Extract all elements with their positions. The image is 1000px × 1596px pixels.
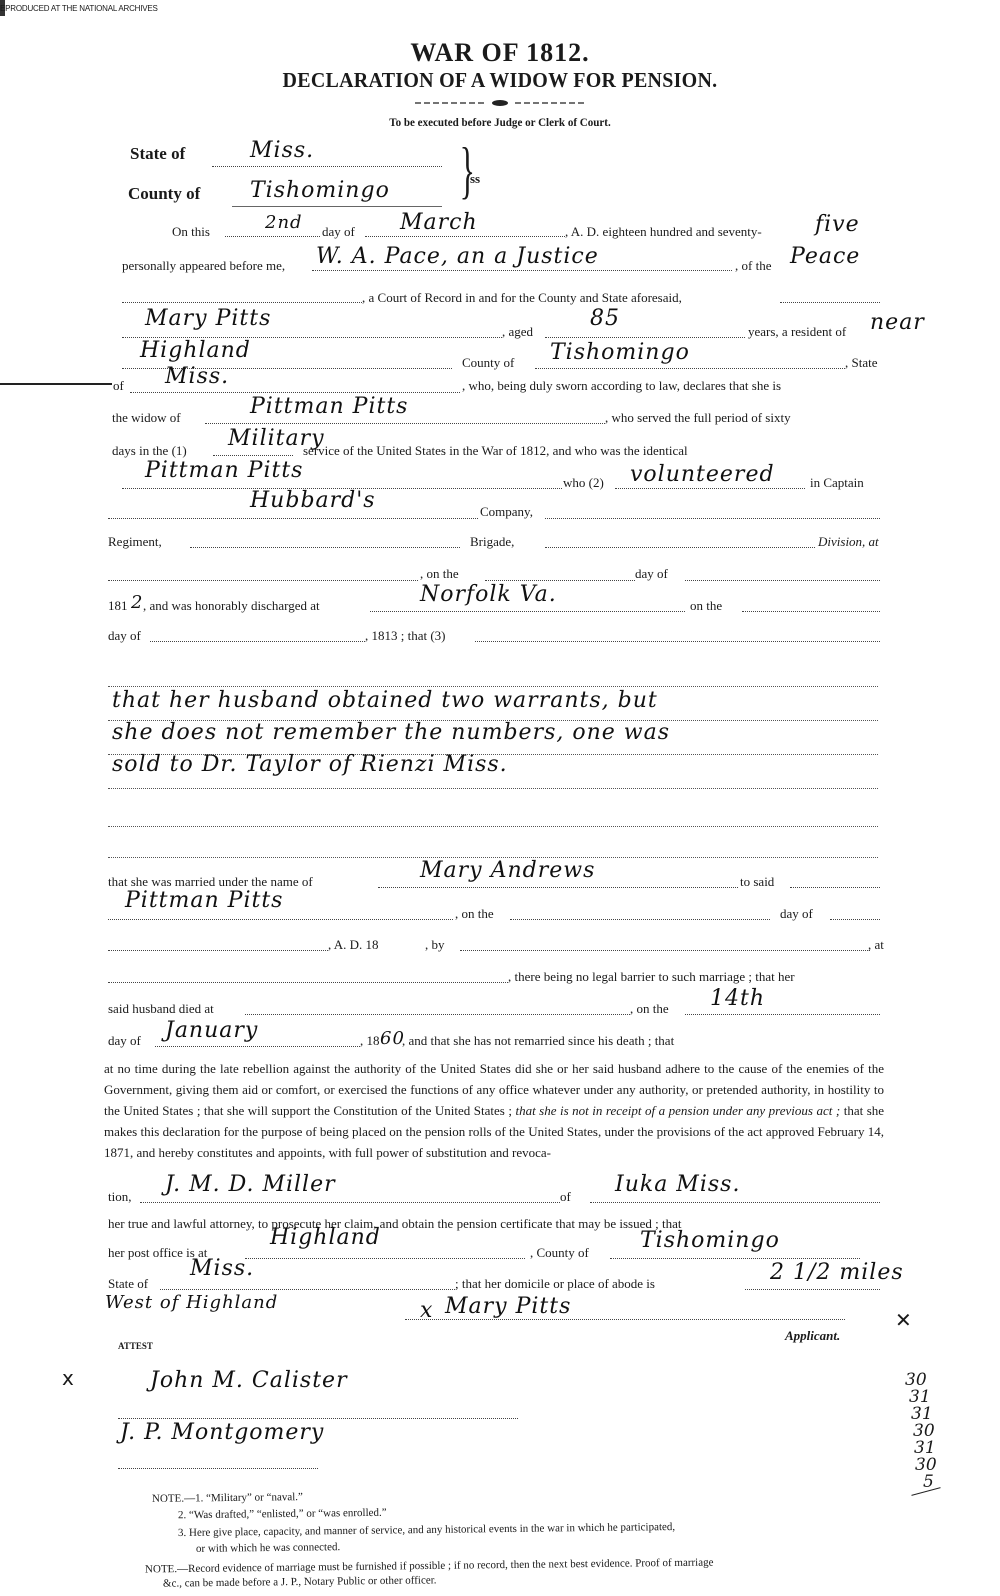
abode-continuation-value: West of Highland	[105, 1292, 278, 1313]
spouse-name-value: Pittman Pitts	[125, 888, 283, 913]
abode-text: ; that her domicile or place of abode is	[455, 1276, 655, 1292]
attest-label: ATTEST	[118, 1341, 153, 1351]
archive-stamp: EPRODUCED AT THE NATIONAL ARCHIVES	[0, 4, 158, 13]
day-of-label-2: day of	[635, 566, 668, 582]
witness-1-signature: John M. Calister	[150, 1368, 348, 1393]
applicant-name-value: Mary Pitts	[145, 306, 271, 331]
maiden-name-value: Mary Andrews	[420, 858, 595, 883]
pension-receipt-clause: that she is not in receipt of a pension …	[515, 1103, 840, 1118]
attorney-text: her true and lawful attorney, to prosecu…	[108, 1216, 681, 1232]
service-detail-line-3: sold to Dr. Taylor of Rienzi Miss.	[112, 752, 508, 777]
abode-value: 2 1/2 miles	[770, 1260, 904, 1285]
note-3: 3. Here give place, capacity, and manner…	[178, 1521, 675, 1539]
month-value: March	[400, 210, 478, 235]
note-1: NOTE.—1. “Military” or “naval.”	[152, 1491, 303, 1505]
witness-2-signature: J. P. Montgomery	[120, 1420, 324, 1445]
barrier-text: , there being no legal barrier to such m…	[508, 969, 795, 985]
husband-name-value: Pittman Pitts	[250, 394, 408, 419]
note-3-continued: or with which he was connected.	[196, 1541, 340, 1555]
captain-value: Hubbard's	[250, 488, 376, 513]
discharge-text: , and was honorably discharged at	[143, 598, 320, 614]
death-day-value: 14th	[710, 986, 765, 1011]
ad-text: , A. D. eighteen hundred and seventy-	[565, 224, 762, 240]
division-label: Division, at	[818, 534, 879, 550]
ss-label: ss	[470, 171, 480, 187]
note-marriage-evidence-continued: &c., can be made before a J. P., Notary …	[163, 1574, 437, 1589]
served-text: , who served the full period of sixty	[605, 410, 791, 426]
death-year-prefix: , 18	[360, 1033, 380, 1049]
court-record-text: , a Court of Record in and for the Count…	[362, 290, 682, 306]
day-value: 2nd	[265, 212, 303, 233]
applicant-mark: x	[420, 1298, 433, 1323]
year-1813-text: , 1813 ; that (3)	[365, 628, 446, 644]
margin-tally: 30 31 31 30 31 30 5	[905, 1372, 941, 1492]
tion-label: tion,	[108, 1189, 131, 1205]
year-digit-value: 2	[131, 592, 143, 613]
service-detail-line-1: that her husband obtained two warrants, …	[112, 688, 658, 713]
official-value: W. A. Pace, an a Justice	[316, 244, 599, 269]
court-value: Peace	[790, 244, 860, 269]
on-the-label-3: , on the	[455, 906, 494, 922]
by-label: , by	[425, 937, 445, 953]
service-text: service of the United States in the War …	[303, 443, 688, 459]
margin-x-mark-icon: ✕	[895, 1308, 912, 1332]
of-the-label: , of the	[735, 258, 771, 274]
aged-label: , aged	[502, 324, 533, 340]
age-value: 85	[590, 306, 620, 331]
resident-value: near	[870, 310, 925, 335]
execution-note: To be executed before Judge or Clerk of …	[40, 115, 960, 130]
years-resident-label: years, a resident of	[748, 324, 846, 340]
state-value-2: Miss.	[165, 364, 229, 389]
applicant-signature: Mary Pitts	[445, 1294, 571, 1319]
county-of-label-2: , County of	[530, 1245, 589, 1261]
year-value: five	[815, 212, 860, 237]
of-label-2: of	[560, 1189, 571, 1205]
loyalty-paragraph: at no time during the late rebellion aga…	[104, 1058, 884, 1163]
county-value: Tishomingo	[250, 178, 390, 203]
days-in-label: days in the (1)	[112, 443, 187, 459]
state-label-2: , State	[845, 355, 878, 371]
day-of-label-5: day of	[108, 1033, 141, 1049]
who-2-label: who (2)	[563, 475, 604, 491]
at-label: , at	[868, 937, 884, 953]
county-of-label: County of	[462, 355, 514, 371]
remarried-text: , and that she has not remarried since h…	[402, 1033, 674, 1049]
appeared-label: personally appeared before me,	[122, 258, 285, 274]
abode-state-value: Miss.	[190, 1256, 254, 1281]
enlistment-value: volunteered	[630, 462, 775, 487]
attorney-city-value: Iuka Miss.	[615, 1172, 740, 1197]
service-detail-line-2: she does not remember the numbers, one w…	[112, 720, 670, 745]
county-label: County of	[128, 184, 200, 204]
discharge-place-value: Norfolk Va.	[420, 582, 557, 607]
ornament-divider-icon	[415, 100, 585, 106]
attorney-name-value: J. M. D. Miller	[165, 1172, 336, 1197]
on-the-label-4: , on the	[630, 1001, 669, 1017]
state-label: State of	[130, 144, 185, 164]
document-subtitle: DECLARATION OF A WIDOW FOR PENSION.	[25, 68, 975, 93]
to-said-label: to said	[740, 874, 774, 890]
died-at-label: said husband died at	[108, 1001, 214, 1017]
identical-name-value: Pittman Pitts	[145, 458, 303, 483]
company-label: Company,	[480, 504, 533, 520]
death-month-value: January	[165, 1018, 258, 1043]
brace-icon: }	[460, 138, 475, 202]
brigade-label: Brigade,	[470, 534, 514, 550]
day-of-label: day of	[322, 224, 355, 240]
state-value: Miss.	[250, 138, 314, 163]
note-marriage-evidence: NOTE.—Record evidence of marriage must b…	[145, 1557, 714, 1576]
day-of-label-4: day of	[780, 906, 813, 922]
note-2: 2. “Was drafted,” “enlisted,” or “was en…	[178, 1507, 387, 1522]
on-this-label: On this	[172, 224, 210, 240]
widow-of-label: the widow of	[112, 410, 181, 426]
regiment-label: Regiment,	[108, 534, 162, 550]
sworn-text: , who, being duly sworn according to law…	[462, 378, 781, 394]
post-office-value: Highland	[270, 1225, 381, 1250]
captain-label: in Captain	[810, 475, 864, 491]
on-the-label: , on the	[420, 566, 459, 582]
year-prefix: 181	[108, 598, 128, 614]
post-office-county-value: Tishomingo	[640, 1228, 780, 1253]
document-title: WAR OF 1812.	[0, 38, 1000, 68]
on-the-label-2: on the	[690, 598, 722, 614]
attest-x-mark: x	[62, 1366, 74, 1390]
of-label: of	[113, 378, 124, 394]
day-of-label-3: day of	[108, 628, 141, 644]
ad-18-label: , A. D. 18	[328, 937, 379, 953]
place-value: Highland	[140, 338, 251, 363]
county-value-2: Tishomingo	[550, 340, 690, 365]
state-of-label-3: State of	[108, 1276, 148, 1292]
applicant-label: Applicant.	[785, 1328, 840, 1344]
